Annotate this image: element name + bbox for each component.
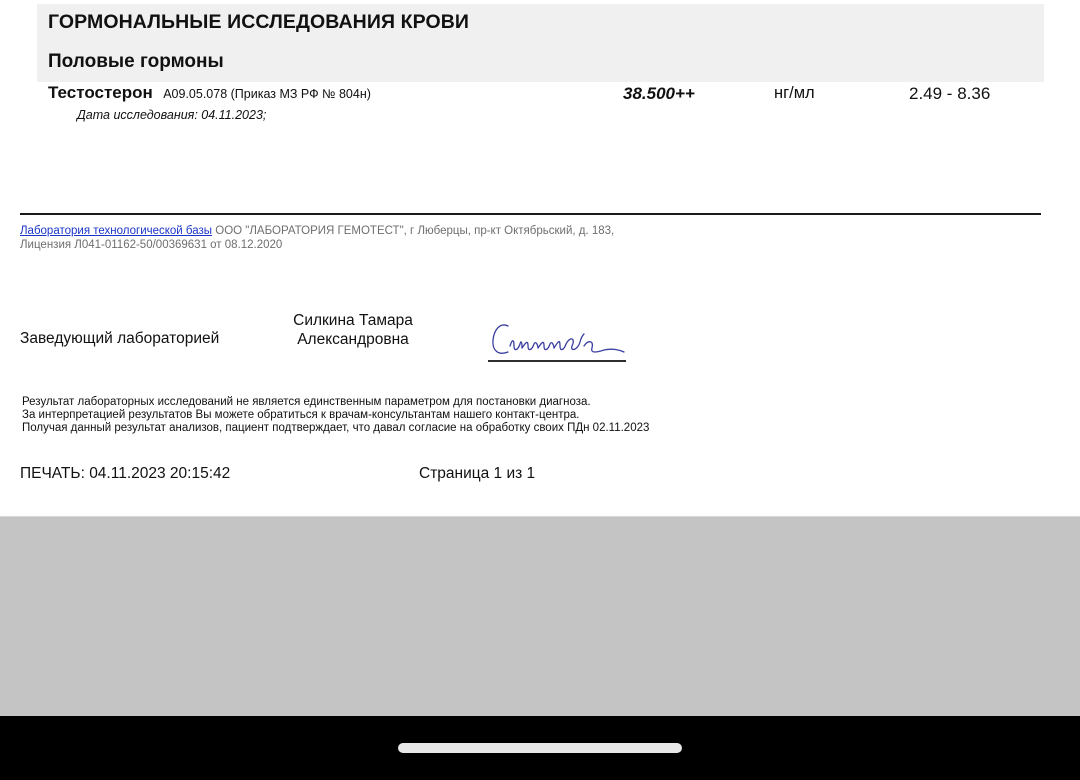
- page-counter: Страница 1 из 1: [419, 465, 535, 483]
- home-indicator-handle[interactable]: [398, 743, 682, 753]
- lab-address: ООО "ЛАБОРАТОРИЯ ГЕМОТЕСТ", г Люберцы, п…: [212, 225, 614, 237]
- signer-name-line2: Александровна: [288, 330, 418, 349]
- test-unit: нг/мл: [774, 84, 815, 103]
- horizontal-divider: [20, 213, 1041, 215]
- test-code: A09.05.078 (Приказ МЗ РФ № 804н): [163, 87, 371, 101]
- test-value: 38.500++: [623, 84, 695, 104]
- test-date: Дата исследования: 04.11.2023;: [77, 108, 266, 122]
- test-reference-range: 2.49 - 8.36: [909, 84, 990, 104]
- subsection-title: Половые гормоны: [48, 51, 224, 73]
- signer-name-line1: Силкина Тамара: [288, 311, 418, 330]
- print-timestamp: ПЕЧАТЬ: 04.11.2023 20:15:42: [20, 465, 230, 483]
- signer-role: Заведующий лабораторией: [20, 330, 219, 348]
- disclaimer-line: Получая данный результат анализов, пацие…: [22, 422, 649, 435]
- section-title: ГОРМОНАЛЬНЫЕ ИССЛЕДОВАНИЯ КРОВИ: [48, 11, 469, 34]
- test-name: Тестостерон: [48, 83, 153, 102]
- disclaimer: Результат лабораторных исследований не я…: [22, 396, 649, 435]
- signature-image: [486, 316, 628, 366]
- disclaimer-line: За интерпретацией результатов Вы можете …: [22, 409, 649, 422]
- lab-info: Лаборатория технологической базы ООО "ЛА…: [20, 225, 614, 252]
- viewer-background: [0, 516, 1080, 717]
- test-result-row: Тестостерон A09.05.078 (Приказ МЗ РФ № 8…: [48, 83, 371, 103]
- signature-icon: [486, 316, 628, 366]
- document-page: ГОРМОНАЛЬНЫЕ ИССЛЕДОВАНИЯ КРОВИ Половые …: [0, 0, 1080, 516]
- disclaimer-line: Результат лабораторных исследований не я…: [22, 396, 649, 409]
- signer-name: Силкина Тамара Александровна: [288, 311, 418, 349]
- lab-license: Лицензия Л041-01162-50/00369631 от 08.12…: [20, 239, 614, 253]
- lab-link[interactable]: Лаборатория технологической базы: [20, 225, 212, 237]
